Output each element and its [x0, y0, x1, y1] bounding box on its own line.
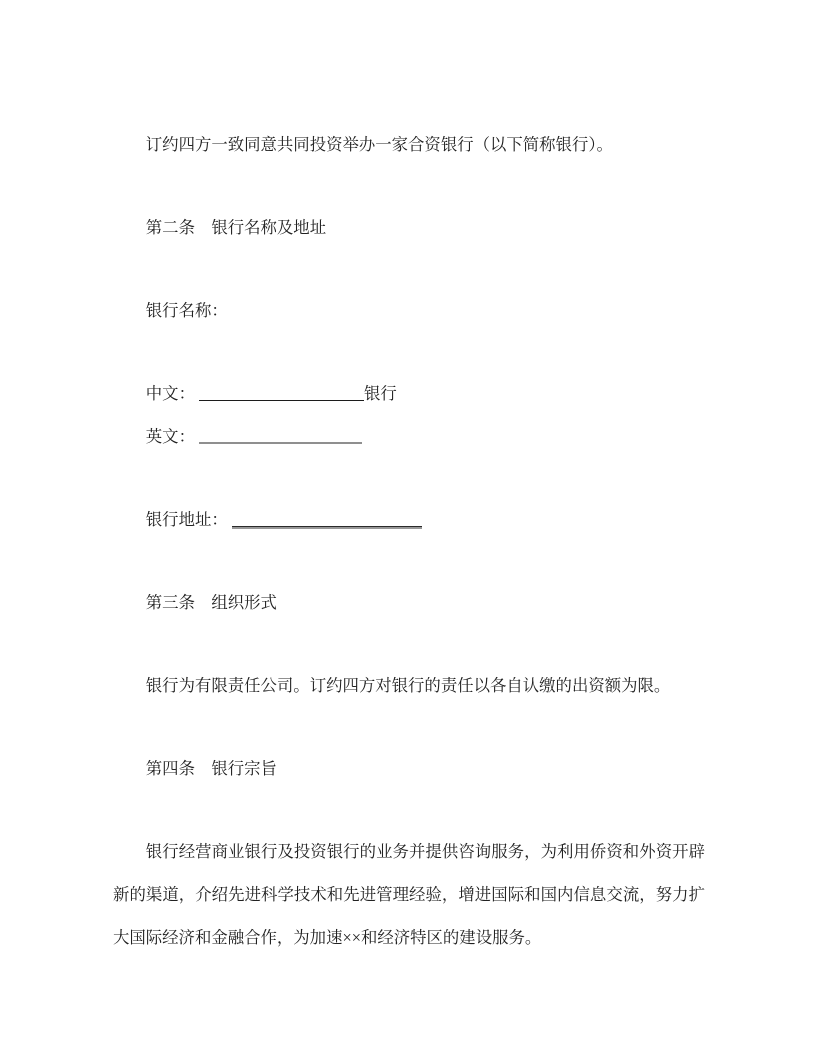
- bank-address-line: 银行地址：: [113, 498, 705, 541]
- bank-address-blank: [232, 511, 422, 527]
- english-name-line: 英文：: [113, 415, 705, 458]
- article-4-body: 银行经营商业银行及投资银行的业务并提供咨询服务，为利用侨资和外资开辟新的渠道，介…: [113, 830, 705, 959]
- english-name-label: 英文：: [146, 427, 195, 446]
- chinese-name-blank: [199, 385, 364, 401]
- chinese-name-suffix: 银行: [364, 384, 397, 403]
- article-3-body: 银行为有限责任公司。订约四方对银行的责任以各自认缴的出资额为限。: [113, 664, 705, 707]
- article-2-heading: 第二条 银行名称及地址: [113, 206, 705, 249]
- bank-name-fields: 中文：银行 英文：: [113, 372, 705, 458]
- chinese-name-line: 中文：银行: [113, 372, 705, 415]
- chinese-name-label: 中文：: [146, 384, 195, 403]
- article-4-heading: 第四条 银行宗旨: [113, 747, 705, 790]
- bank-address-label: 银行地址：: [146, 510, 228, 529]
- document-page: 订约四方一致同意共同投资举办一家合资银行（以下简称银行）。 第二条 银行名称及地…: [0, 0, 816, 1056]
- document-content: 订约四方一致同意共同投资举办一家合资银行（以下简称银行）。 第二条 银行名称及地…: [113, 123, 705, 959]
- article-3-heading: 第三条 组织形式: [113, 581, 705, 624]
- intro-paragraph: 订约四方一致同意共同投资举办一家合资银行（以下简称银行）。: [113, 123, 705, 166]
- english-name-blank: [199, 428, 362, 444]
- bank-name-label: 银行名称：: [113, 289, 705, 332]
